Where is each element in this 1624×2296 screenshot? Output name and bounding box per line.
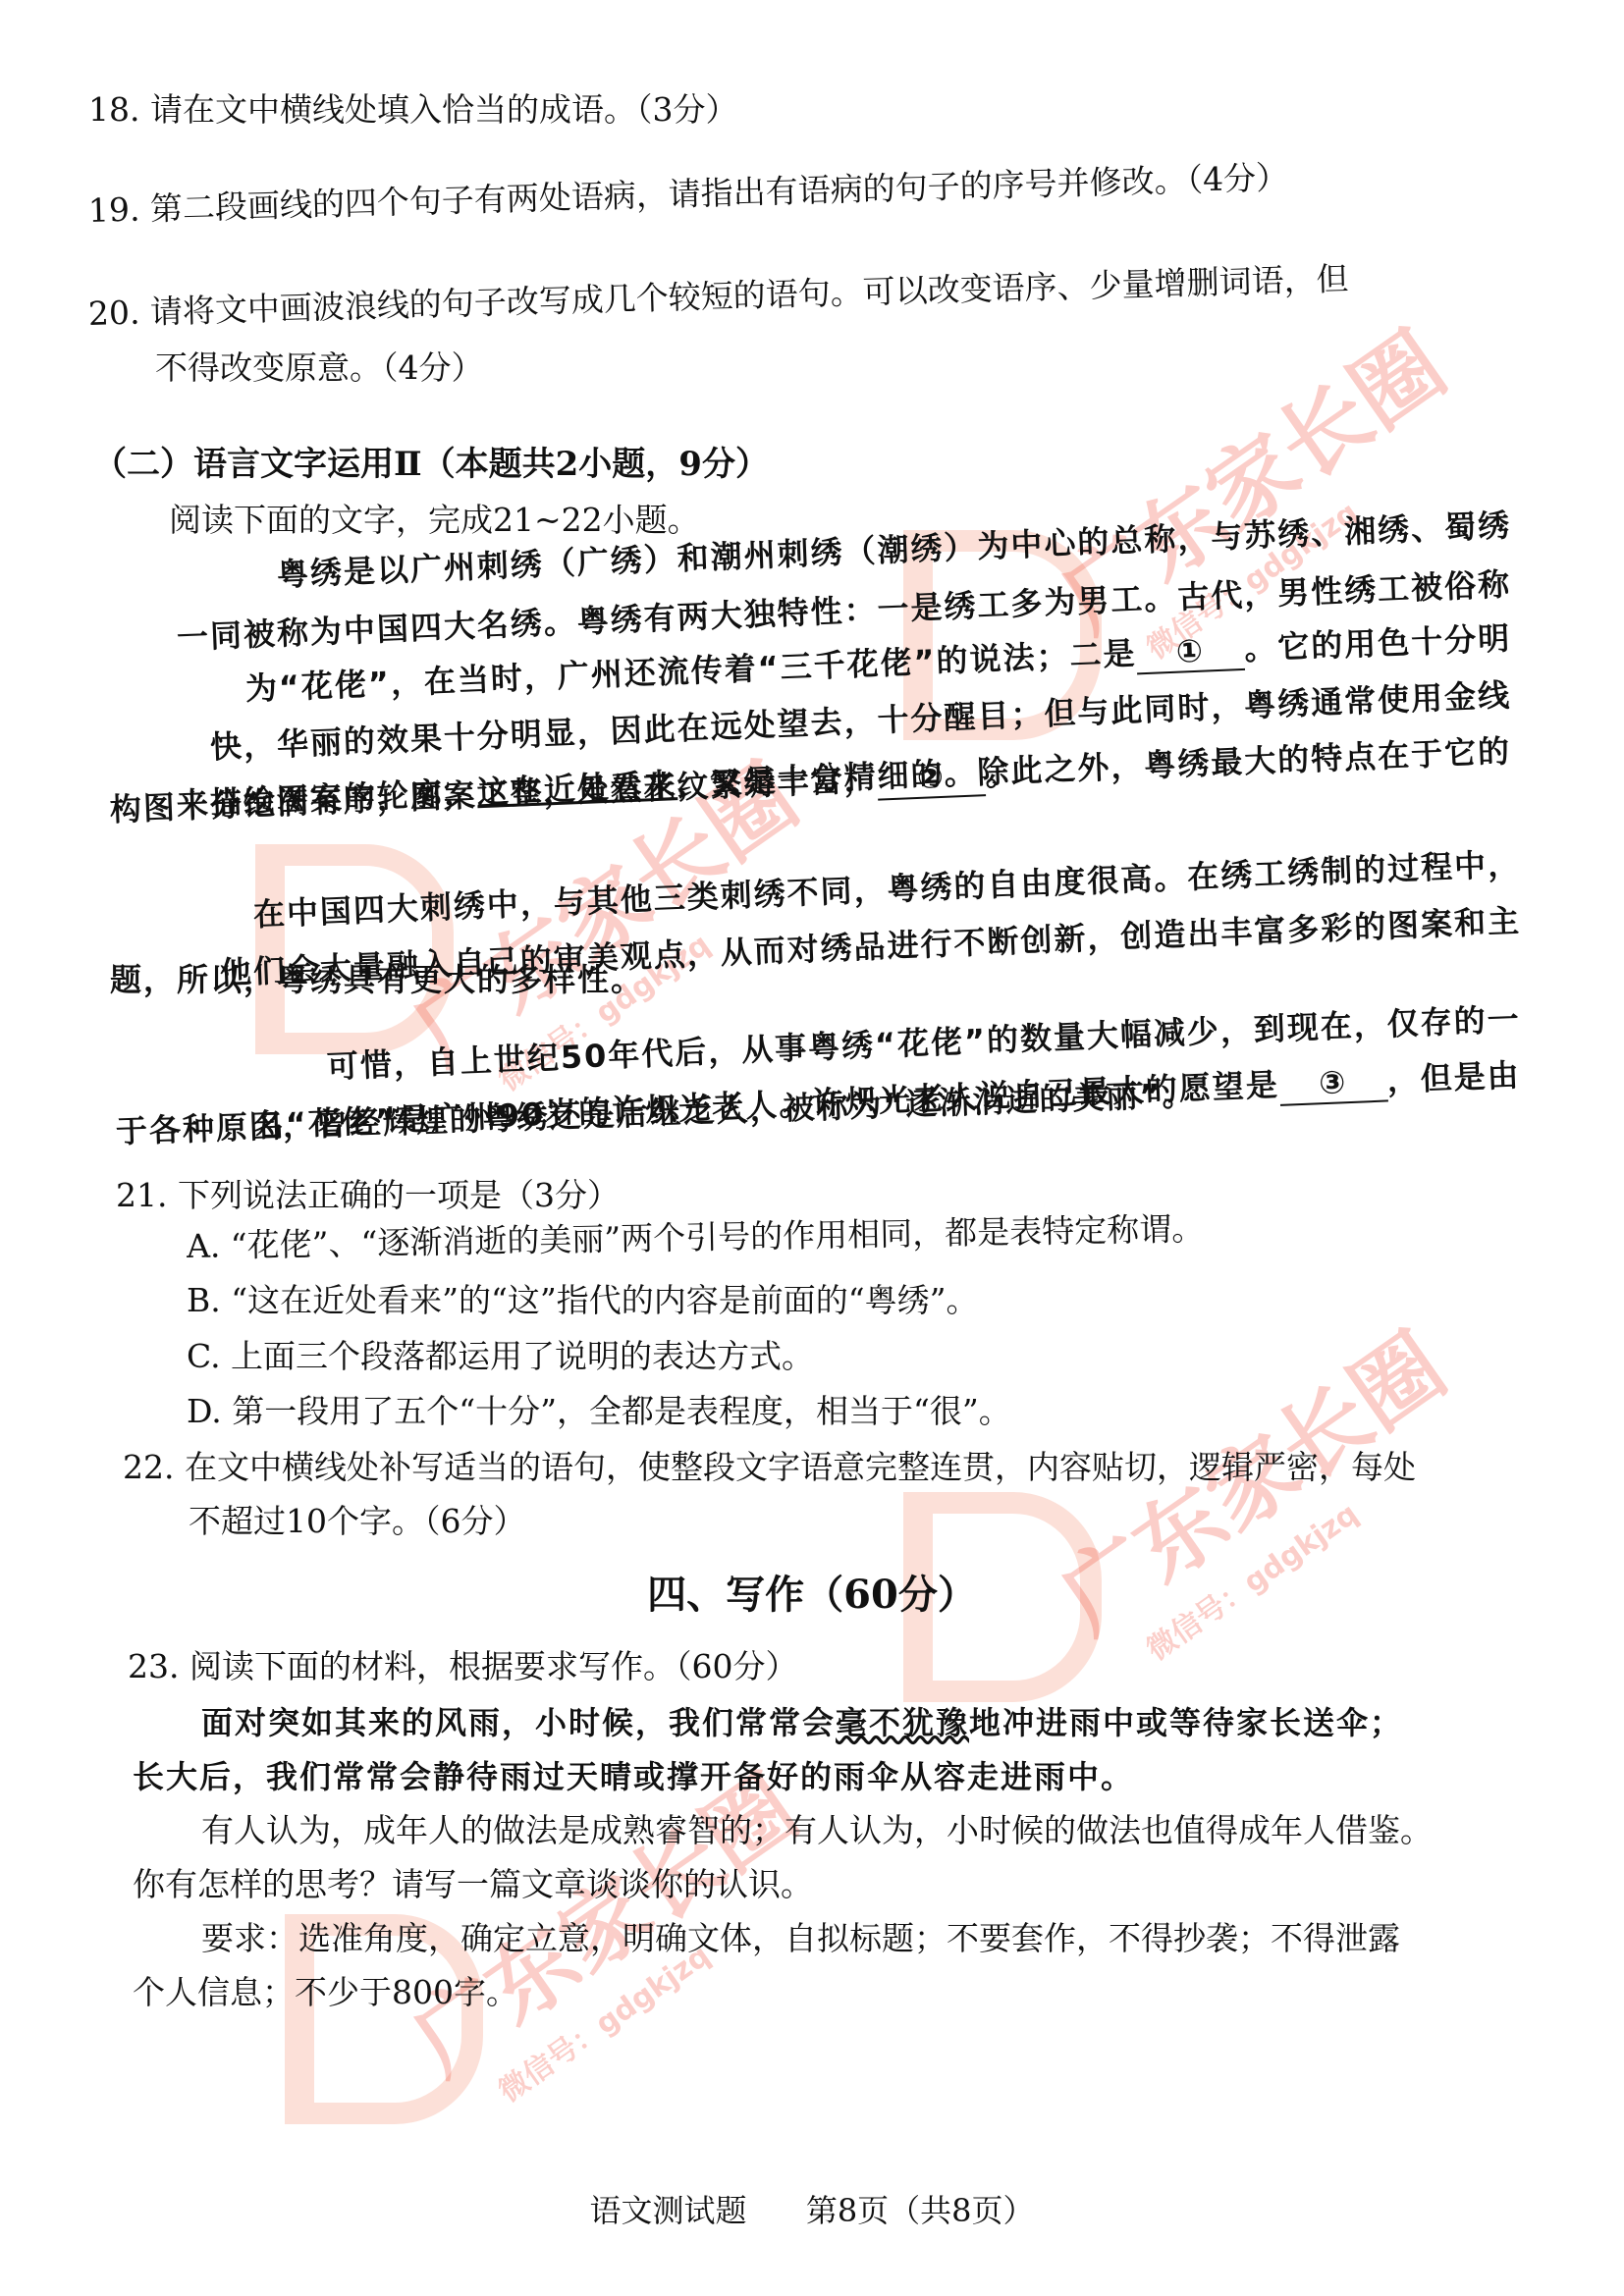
blank-3[interactable]: ③ <box>1278 1060 1388 1105</box>
section-heading: （二）语言文字运用Ⅱ（本题共2小题，9分） <box>93 445 769 484</box>
question-21: 21. 下列说法正确的一项是（3分） <box>116 1176 620 1215</box>
passage-line: 题，所以，粤绣具有更大的多样性。 <box>110 960 644 999</box>
wavy-underlined-text: 毫不犹豫 <box>836 1704 969 1741</box>
option-b[interactable]: B. “这在近处看来”的“这”指代的内容是前面的“粤绣”。 <box>187 1281 978 1320</box>
question-22-cont: 不超过10个字。（6分） <box>189 1502 526 1541</box>
question-23: 23. 阅读下面的材料，根据要求写作。（60分） <box>128 1647 797 1686</box>
section-intro: 阅读下面的文字，完成21~22小题。 <box>169 501 700 540</box>
material-line: 长大后，我们常常会静待雨过天晴或撑开备好的雨伞从容走进雨中。 <box>133 1757 1134 1796</box>
passage-line: 于各种原因，曾经辉煌的粤绣还是后继乏人，被称为“逐渐消逝的美丽”。 <box>115 1075 1196 1151</box>
option-a[interactable]: A. “花佬”、“逐渐消逝的美丽”两个引号的作用相同，都是表特定称谓。 <box>187 1209 1205 1266</box>
material-line: 面对突如其来的风雨，小时候，我们常常会毫不犹豫地冲进雨中或等待家长送伞； <box>201 1703 1403 1742</box>
page-footer: 语文测试题 第8页（共8页） <box>0 2191 1624 2230</box>
writing-section-title: 四、写作（60分） <box>0 1575 1624 1615</box>
watermark: 广东家长圈 微信号：gdgkjzq <box>1031 1298 1490 1691</box>
prompt-line: 有人认为，成年人的做法是成熟睿智的；有人认为，小时候的做法也值得成年人借鉴。 <box>201 1811 1433 1850</box>
question-22: 22. 在文中横线处补写适当的语句，使整段文字语意完整连贯，内容贴切，逻辑严密，… <box>123 1448 1416 1487</box>
question-19: 19. 第二段画线的四个句子有两处语病，请指出有语病的句子的序号并修改。（4分） <box>87 158 1288 231</box>
footer-subject: 语文测试题 <box>589 2192 746 2229</box>
question-18: 18. 请在文中横线处填入恰当的成语。（3分） <box>88 90 737 130</box>
question-20: 20. 请将文中画波浪线的句子改写成几个较短的语句。可以改变语序、少量增删词语，… <box>87 259 1349 334</box>
footer-page-number: 第8页（共8页） <box>806 2192 1035 2229</box>
question-20-cont: 不得改变原意。（4分） <box>155 348 484 388</box>
option-c[interactable]: C. 上面三个段落都运用了说明的表达方式。 <box>187 1337 814 1376</box>
blank-2[interactable]: ② <box>877 755 987 800</box>
prompt-line: 你有怎样的思考？请写一篇文章谈谈你的认识。 <box>133 1865 813 1904</box>
option-d[interactable]: D. 第一段用了五个“十分”，全都是表程度，相当于“很”。 <box>187 1392 1011 1431</box>
requirement-line: 要求：选准角度，确定立意，明确文体，自拟标题；不要套作，不得抄袭；不得泄露 <box>201 1919 1400 1958</box>
blank-1[interactable]: ① <box>1135 629 1245 674</box>
requirement-line: 个人信息；不少于800字。 <box>133 1973 518 2012</box>
